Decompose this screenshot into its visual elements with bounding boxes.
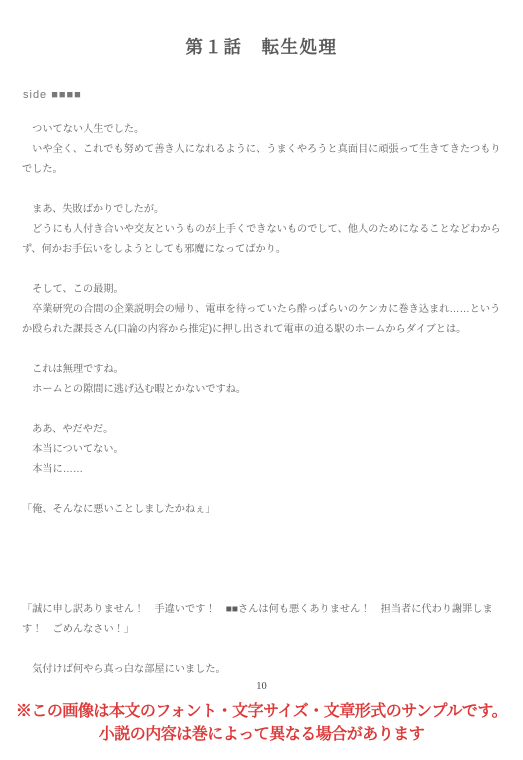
body-line: [22, 180, 502, 200]
body-line: まあ、失敗ばかりでしたが。: [22, 200, 502, 220]
body-text: ついてない人生でした。 いや全く、これでも努めて善き人になれるように、うまくやろ…: [0, 120, 523, 680]
body-line: ついてない人生でした。: [22, 120, 502, 140]
body-line: 本当に……: [22, 460, 502, 480]
body-line: [22, 560, 502, 580]
body-line: [22, 260, 502, 280]
body-line: 気付けば何やら真っ白な部屋にいました。: [22, 660, 502, 680]
body-line: 「俺、そんなに悪いことしましたかねぇ」: [22, 500, 502, 520]
body-line: [22, 520, 502, 540]
body-line: いや全く、これでも努めて善き人になれるように、うまくやろうと真面目に頑張って生き…: [22, 140, 502, 160]
notice: ※この画像は本文のフォント・文字サイズ・文章形式のサンプルです。 小説の内容は巻…: [0, 700, 523, 746]
body-line: [22, 480, 502, 500]
body-line: ホームとの隙間に逃げ込む暇とかないですね。: [22, 380, 502, 400]
body-line: これは無理ですね。: [22, 360, 502, 380]
body-line: ず、何かお手伝いをしようとしても邪魔になってばかり。: [22, 240, 502, 260]
page-number: 10: [0, 681, 523, 692]
notice-line-2: 小説の内容は巻によって異なる場合があります: [0, 723, 523, 746]
body-line: [22, 640, 502, 660]
body-line: 「誠に申し訳ありません！ 手違いです！ ■■さんは何も悪くありません！ 担当者に…: [22, 600, 502, 620]
body-line: どうにも人付き合いや交友というものが上手くできないものでして、他人のためになるこ…: [22, 220, 502, 240]
body-line: ああ、やだやだ。: [22, 420, 502, 440]
body-line: [22, 580, 502, 600]
body-line: [22, 340, 502, 360]
body-line: でした。: [22, 160, 502, 180]
body-line: か殴られた課長さん(口論の内容から推定)に押し出されて電車の迫る駅のホームからダ…: [22, 320, 502, 340]
chapter-title: 第１話 転生処理: [0, 0, 523, 58]
body-line: [22, 540, 502, 560]
body-line: [22, 400, 502, 420]
body-line: 本当についてない。: [22, 440, 502, 460]
body-line: 卒業研究の合間の企業説明会の帰り、電車を待っていたら酔っぱらいのケンカに巻き込ま…: [22, 300, 502, 320]
novel-sample-page: 第１話 転生処理 side ■■■■ ついてない人生でした。 いや全く、これでも…: [0, 0, 523, 760]
notice-line-1: ※この画像は本文のフォント・文字サイズ・文章形式のサンプルです。: [0, 700, 523, 723]
body-line: そして、この最期。: [22, 280, 502, 300]
side-label: side ■■■■: [23, 88, 523, 103]
body-line: す！ ごめんなさい！」: [22, 620, 502, 640]
